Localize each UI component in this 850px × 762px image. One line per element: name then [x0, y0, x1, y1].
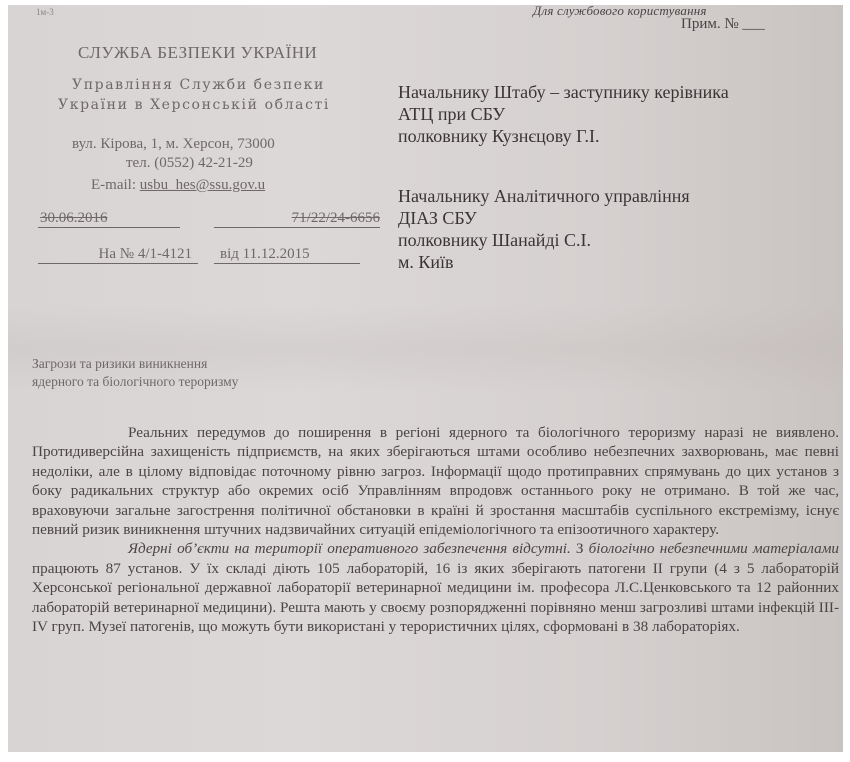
sender-address: вул. Кірова, 1, м. Херсон, 73000 [72, 136, 275, 153]
sender-email-row: E-mail: usbu_hes@ssu.gov.u [91, 177, 265, 194]
addressee-2: Начальнику Аналітичного управління ДІАЗ … [398, 185, 690, 273]
sender-email: usbu_hes@ssu.gov.u [140, 177, 265, 193]
addressee-2-line: м. Київ [398, 251, 690, 273]
registration-number-value: 71/22/24-6656 [292, 210, 380, 226]
addressee-1-line: Начальнику Штабу – заступнику керівника [398, 81, 729, 103]
department-line-2: України в Херсонській області [58, 97, 330, 113]
corner-code: 1м-3 [36, 7, 54, 17]
addressee-2-line: Начальнику Аналітичного управління [398, 185, 690, 207]
addressee-1-line: АТЦ при СБУ [398, 103, 729, 125]
paragraph-2-text: З [571, 540, 589, 557]
registration-date: 30.06.2016 [38, 210, 180, 228]
subject-line-1: Загрози та ризики виникнення [32, 355, 238, 373]
sender-phone: тел. (0552) 42-21-29 [126, 155, 253, 172]
addressee-1: Начальнику Штабу – заступнику керівника … [398, 81, 729, 147]
subject-line-2: ядерного та біологічного тероризму [32, 373, 238, 391]
copy-number: Прим. № ___ [681, 16, 765, 33]
paragraph-1: Реальних передумов до поширення в регіон… [32, 423, 839, 539]
paragraph-2-italic-term: біологічно небезпечними матеріалами [589, 540, 839, 557]
email-label: E-mail: [91, 177, 140, 193]
reply-to-date: від 11.12.2015 [214, 246, 360, 264]
paragraph-1-text: Реальних передумов до поширення в регіон… [32, 424, 839, 538]
addressee-2-line: полковнику Шанайді С.І. [398, 229, 690, 251]
registration-number: 71/22/24-6656 [214, 210, 380, 228]
department-line-1: Управління Служби безпеки [72, 77, 325, 93]
reply-to-number: На № 4/1-4121 [38, 246, 198, 264]
paragraph-2-italic-lead: Ядерні об’єкти на території оперативного… [128, 540, 571, 557]
paragraph-2: Ядерні об’єкти на території оперативного… [32, 539, 839, 636]
document-subject: Загрози та ризики виникнення ядерного та… [32, 355, 238, 391]
document-body: Реальних передумов до поширення в регіон… [32, 423, 839, 636]
organization-title: СЛУЖБА БЕЗПЕКИ УКРАЇНИ [78, 43, 317, 63]
addressee-2-line: ДІАЗ СБУ [398, 207, 690, 229]
addressee-1-line: полковнику Кузнєцову Г.І. [398, 125, 729, 147]
document-page: 1м-3 Для службового користування Прим. №… [8, 5, 843, 752]
paragraph-2-text: працюють 87 установ. У їх складі діють 1… [32, 560, 839, 635]
